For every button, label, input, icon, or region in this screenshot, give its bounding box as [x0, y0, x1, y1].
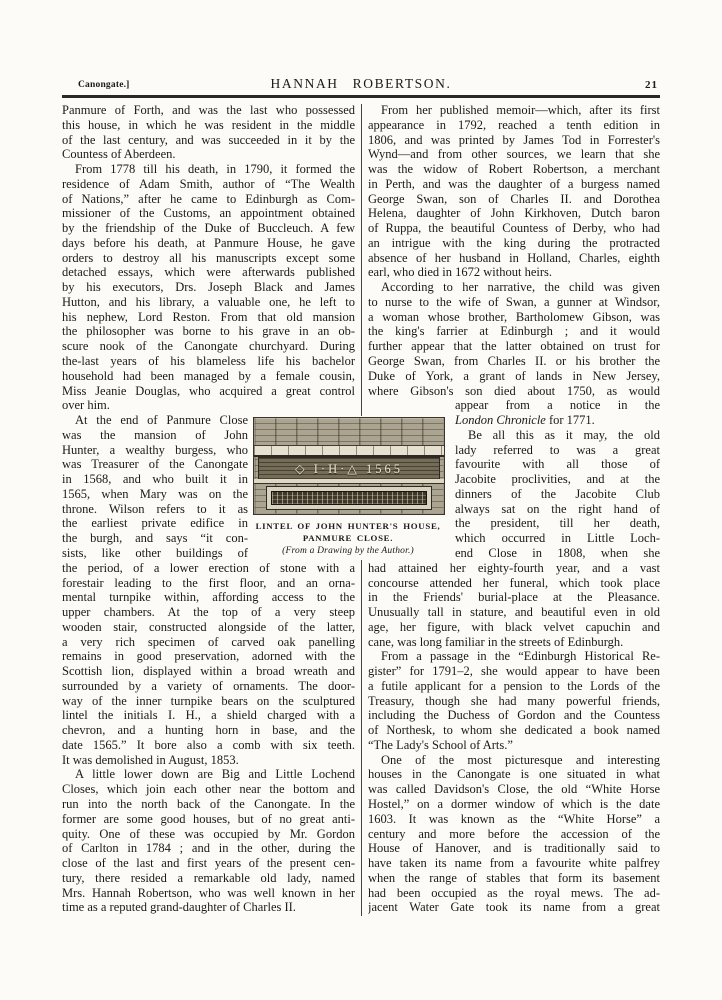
- text-line: which occurred in Little Loch-: [455, 531, 660, 546]
- figure-lintel: ◇ I·H·△ 1565 LINTEL OF JOHN HUNTER'S HOU…: [253, 417, 443, 557]
- text-line: appearance in 1792, reached a tenth edit…: [368, 118, 660, 133]
- page-title: HANNAH ROBERTSON.: [0, 76, 722, 92]
- engraving-panel-carving: [271, 491, 427, 505]
- book-page: Canongate.] HANNAH ROBERTSON. 21 Panmure…: [0, 0, 722, 1000]
- text-line: “The Lady's School of Arts.”: [368, 738, 660, 753]
- text-segment: had attained her eighty-fourth year, and…: [368, 561, 660, 915]
- text-line: century and more before the accession of…: [368, 827, 660, 842]
- text-line: throne. Wilson refers to it as: [62, 502, 248, 517]
- text-line: scure nook of the Canongate churchyard. …: [62, 339, 355, 354]
- text-line: Mrs. Hannah Robertson, who was well know…: [62, 886, 355, 901]
- text-line: close of the last and first years of the…: [62, 856, 355, 871]
- text-line: way of the inner turnpike bears on the s…: [62, 694, 355, 709]
- text-line: in the Friends' burial-place at the Plea…: [368, 590, 660, 605]
- text-line: George Swan, son of Charles II. and Doro…: [368, 192, 660, 207]
- text-line: this house, in which he was resident in …: [62, 118, 355, 133]
- text-line: Unusually tall in stature, and beautiful…: [368, 605, 660, 620]
- text-line: 1603. It was known as the “White Horse” …: [368, 812, 660, 827]
- text-line: House of Hanover, and is traditionally s…: [368, 841, 660, 856]
- text-line: houses in the Canongate is one situated …: [368, 767, 660, 782]
- text-line: of the last century, and was succeeded i…: [62, 133, 355, 148]
- text-line: George Swan, from Charles II. or his bro…: [368, 354, 660, 369]
- text-segment: Panmure of Forth, and was the last who p…: [62, 103, 355, 413]
- text-line: absence of her husband in Holland, Charl…: [368, 251, 660, 266]
- text-line: a woman whose brother, Bartholomew Gibso…: [368, 310, 660, 325]
- text-line: run into the north back of the Canongate…: [62, 797, 355, 812]
- text-line: A little lower down are Big and Little L…: [62, 767, 355, 782]
- text-line: Closes, which join each other near the b…: [62, 782, 355, 797]
- text-line: in 1568, and who built it in: [62, 472, 248, 487]
- text-line: cane, was long familiar in the streets o…: [368, 635, 660, 650]
- text-line: tury, there resided a remarkable old lad…: [62, 871, 355, 886]
- text-line: of Carlton in 1784 ; and in the other, d…: [62, 841, 355, 856]
- text-line: missioner of the Customs, an appointment…: [62, 206, 355, 221]
- text-line: Jacobite proclivities, and at the: [455, 472, 660, 487]
- text-line: 1565, when Mary was on the: [62, 487, 248, 502]
- text-line: From her published memoir—which, after i…: [368, 103, 660, 118]
- text-line: days before his death, at Panmure House,…: [62, 236, 355, 251]
- text-segment: the period, of a lower erection of stone…: [62, 561, 355, 915]
- column-divider-top: [361, 104, 362, 416]
- text-line: date 1565.” It bore also a comb with six…: [62, 738, 355, 753]
- text-line: including the Duchess of Gordon and the …: [368, 708, 660, 723]
- text-line: by his executors, Drs. Joseph Black and …: [62, 280, 355, 295]
- text-line: age, her figure, with black velvet capuc…: [368, 620, 660, 635]
- text-line: was the widow of Robert Robertson, a mer…: [368, 162, 660, 177]
- text-line: dinners of the Jacobite Club: [455, 487, 660, 502]
- text-line: From a passage in the “Edinburgh Histori…: [368, 649, 660, 664]
- text-line: the earliest private edifice in: [62, 516, 248, 531]
- text-line: Miss Jeanie Douglas, who acquired a grea…: [62, 384, 355, 399]
- text-line: remains in good preservation, adorned wi…: [62, 649, 355, 664]
- text-line: At the end of Panmure Close: [62, 413, 248, 428]
- text-line: Scottish lion, displayed within a broad …: [62, 664, 355, 679]
- engraving-panel-frame: [266, 486, 432, 510]
- text-line: forestair leading to the first floor, an…: [62, 576, 355, 591]
- figure-caption-line2: PANMURE CLOSE.: [236, 533, 460, 545]
- text-line: Helena, daughter of John Kirkhoven, Dutc…: [368, 206, 660, 221]
- text-line: orders to destroy all his manuscripts ex…: [62, 251, 355, 266]
- text-line: an intrigue with the king during the pro…: [368, 236, 660, 251]
- text-line: According to her narrative, the child wa…: [368, 280, 660, 295]
- text-line: concourse attended her funeral, which to…: [368, 576, 660, 591]
- text-line: his nephew, Lord Reston. From that old m…: [62, 310, 355, 325]
- text-line: wooden stair, constructed alongside of t…: [62, 620, 355, 635]
- text-line: the president, till her death,: [455, 516, 660, 531]
- text-line: favourite with all those of: [455, 457, 660, 472]
- text-line: of Ruppa, the beautiful Countess of Derb…: [368, 221, 660, 236]
- text-line: Hunter, a wealthy burgess, who: [62, 443, 248, 458]
- text-line: had been occupied as the royal mews. The…: [368, 886, 660, 901]
- text-line: residence of Adam Smith, author of “The …: [62, 177, 355, 192]
- figure-caption-credit: (From a Drawing by the Author.): [236, 545, 460, 557]
- text-line: detached essays, which were afterwards p…: [62, 265, 355, 280]
- text-line: by the friendship of the Duke of Buccleu…: [62, 221, 355, 236]
- text-line: One of the most picturesque and interest…: [368, 753, 660, 768]
- text-line: have taken its name from a favourite whi…: [368, 856, 660, 871]
- text-segment: appear from a notice in theLondon Chroni…: [455, 398, 660, 560]
- text-line: the philosopher was borne to his grave i…: [62, 324, 355, 339]
- header-rule: [62, 95, 660, 98]
- text-line: the-last years of his blameless life his…: [62, 354, 355, 369]
- figure-caption: LINTEL OF JOHN HUNTER'S HOUSE, PANMURE C…: [236, 521, 460, 557]
- text-line: Wynd—and from other sources, we learn th…: [368, 147, 660, 162]
- page-number: 21: [645, 79, 658, 91]
- engraving-inscription: ◇ I·H·△ 1565: [258, 457, 440, 480]
- text-line: lintel the initials I. H., a shield char…: [62, 708, 355, 723]
- text-line: was the mansion of John: [62, 428, 248, 443]
- text-line: over him.: [62, 398, 355, 413]
- text-line: in Perth, and was the daughter of a burg…: [368, 177, 660, 192]
- text-segment: From her published memoir—which, after i…: [368, 103, 660, 398]
- text-line: the period, of a lower erection of stone…: [62, 561, 355, 576]
- text-line: quity. One of these was occupied by Mr. …: [62, 827, 355, 842]
- text-line: Be all this as it may, the old: [455, 428, 660, 443]
- text-line: chevron, and a hunting horn in base, and…: [62, 723, 355, 738]
- text-line: household had been managed by a female c…: [62, 369, 355, 384]
- text-line: of Northesk, to whom she dedicated a boo…: [368, 723, 660, 738]
- text-line: to nurse to the wife of Swan, a gunner a…: [368, 295, 660, 310]
- text-line: appear from a notice in the: [455, 398, 660, 413]
- text-line: From 1778 till his death, in 1790, it fo…: [62, 162, 355, 177]
- text-line: always sat on the right hand of: [455, 502, 660, 517]
- text-line: the burgh, and says “it con-: [62, 531, 248, 546]
- text-line: sists, like other buildings of: [62, 546, 248, 561]
- text-line: when the range of stables that form its …: [368, 871, 660, 886]
- text-line: lady referred to was a great: [455, 443, 660, 458]
- text-segment: At the end of Panmure Closewas the mansi…: [62, 413, 248, 561]
- text-line: of Nations,” after he came to Edinburgh …: [62, 192, 355, 207]
- text-line: upper chambers. At the top of a very ste…: [62, 605, 355, 620]
- text-line: surrounded by a variety of ornaments. Th…: [62, 679, 355, 694]
- text-line: Countess of Aberdeen.: [62, 147, 355, 162]
- text-line: London Chronicle for 1771.: [455, 413, 660, 428]
- column-divider-bottom: [361, 560, 362, 916]
- text-line: Treasury, though she had many powerful f…: [368, 694, 660, 709]
- text-line: mental turnpike within, affording access…: [62, 590, 355, 605]
- text-line: the king's farrier at Edinburgh ; and it…: [368, 324, 660, 339]
- text-line: had attained her eighty-fourth year, and…: [368, 561, 660, 576]
- lintel-engraving-image: ◇ I·H·△ 1565: [253, 417, 445, 515]
- text-line: Panmure of Forth, and was the last who p…: [62, 103, 355, 118]
- text-line: It was demolished in August, 1853.: [62, 753, 355, 768]
- figure-caption-line1: LINTEL OF JOHN HUNTER'S HOUSE,: [236, 521, 460, 533]
- text-line: further appear that the latter obtained …: [368, 339, 660, 354]
- text-line: was called Davidson's Close, the old “Wh…: [368, 782, 660, 797]
- engraving-cornice: [254, 445, 444, 457]
- engraving-sill: [254, 479, 444, 484]
- text-line: 1806, and was printed by James Tod in Fo…: [368, 133, 660, 148]
- text-line: a very rich specimen of carved oak panel…: [62, 635, 355, 650]
- text-line: was Treasurer of the Canongate: [62, 457, 248, 472]
- text-line: gister” for 1791–2, she would appear to …: [368, 664, 660, 679]
- text-line: time as a reputed grand-daughter of Char…: [62, 900, 355, 915]
- text-line: Duke of York, a grant of lands in New Je…: [368, 369, 660, 384]
- text-line: Hostel,” on a dormer window of which is …: [368, 797, 660, 812]
- text-line: a futile applicant for a pension to the …: [368, 679, 660, 694]
- text-line: jacent Water Gate took its name from a g…: [368, 900, 660, 915]
- text-line: Hutton, and his library, a valuable one,…: [62, 295, 355, 310]
- text-line: earl, who died in 1672 without heirs.: [368, 265, 660, 280]
- text-line: end Close in 1808, when she: [455, 546, 660, 561]
- text-line: former are some good houses, but of no g…: [62, 812, 355, 827]
- text-line: where Gibson's son died about 1750, as w…: [368, 384, 660, 399]
